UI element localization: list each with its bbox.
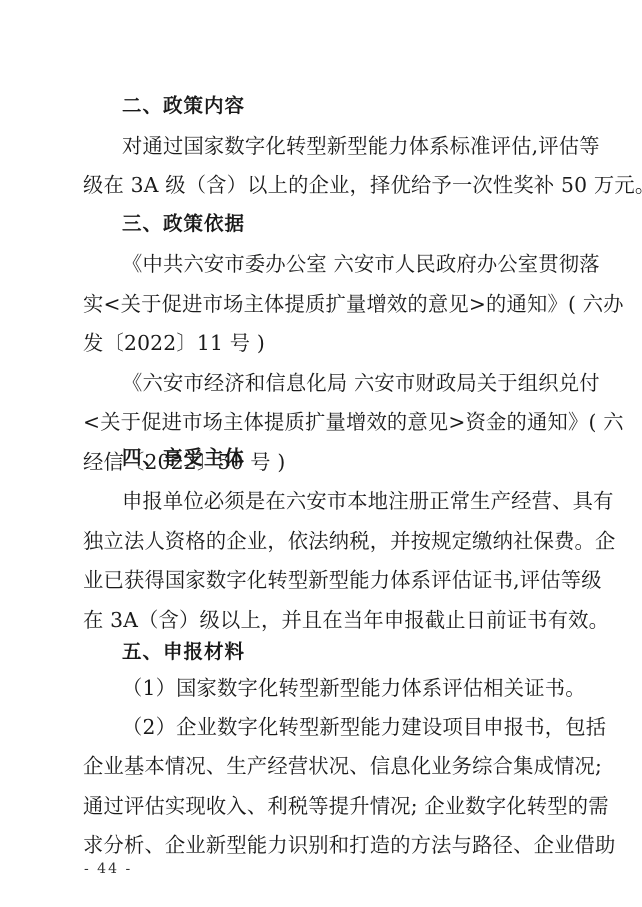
paragraph-line: 申报单位必须是在六安市本地注册正常生产经营、具有: [122, 487, 598, 515]
paragraph-line: 《六安市经济和信息化局 六安市财政局关于组织兑付: [122, 369, 598, 397]
paragraph-line: 发〔2022〕11 号 ): [83, 329, 598, 357]
paragraph-line: 求分析、企业新型能力识别和打造的方法与路径、企业借助: [83, 831, 598, 859]
paragraph-line: （1）国家数字化转型新型能力体系评估相关证书。: [122, 674, 598, 702]
section-heading-beneficiary: 四、享受主体: [122, 444, 637, 472]
section-heading-materials: 五、申报材料: [122, 638, 637, 666]
paragraph-line: 企业基本情况、生产经营状况、信息化业务综合集成情况;: [83, 752, 598, 780]
paragraph-line: 《中共六安市委办公室 六安市人民政府办公室贯彻落: [122, 250, 598, 278]
paragraph-line: 对通过国家数字化转型新型能力体系标准评估,评估等: [122, 132, 598, 160]
paragraph-line: 实<关于促进市场主体提质扩量增效的意见>的通知》( 六办: [83, 290, 598, 318]
paragraph-line: 级在 3A 级（含）以上的企业，择优给予一次性奖补 50 万元。: [83, 171, 598, 199]
paragraph-line: 独立法人资格的企业，依法纳税，并按规定缴纳社保费。企: [83, 527, 598, 555]
paragraph-line: 在 3A（含）级以上，并且在当年申报截止日前证书有效。: [83, 606, 598, 634]
section-heading-policy-basis: 三、政策依据: [122, 210, 637, 238]
paragraph-line: （2）企业数字化转型新型能力建设项目申报书，包括: [122, 713, 598, 741]
paragraph-line: 业已获得国家数字化转型新型能力体系评估证书,评估等级: [83, 566, 598, 594]
document-page: 二、政策内容 对通过国家数字化转型新型能力体系标准评估,评估等 级在 3A 级（…: [0, 0, 642, 907]
section-heading-policy-content: 二、政策内容: [122, 92, 637, 120]
paragraph-line: <关于促进市场主体提质扩量增效的意见>资金的通知》( 六: [83, 408, 598, 436]
page-number: - 44 -: [84, 860, 132, 878]
paragraph-line: 通过评估实现收入、利税等提升情况; 企业数字化转型的需: [83, 792, 598, 820]
